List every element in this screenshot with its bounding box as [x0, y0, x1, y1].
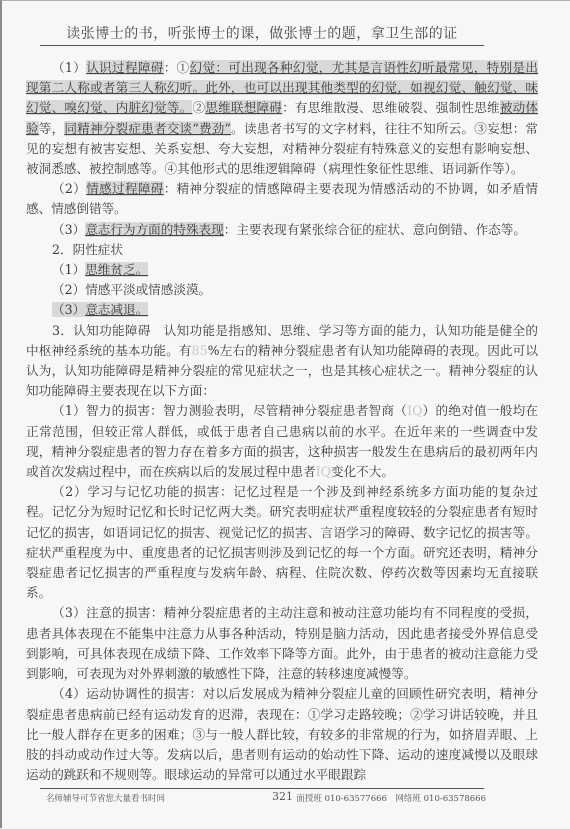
percent-value: 85	[192, 343, 208, 358]
text: ：有思维散漫、思维破裂、强制性思维	[282, 100, 500, 115]
footer-contact: 面授班 010-63577666 网络班 010-63578666	[296, 792, 486, 804]
negative-item-3: （3）意志减退。	[26, 300, 538, 320]
paragraph-intelligence: （1）智力的损害：智力测验表明，尽管精神分裂症患者智商（IQ）的绝对值一般均在正…	[26, 401, 538, 482]
negative-item-2: （2）情感平淡或情感淡漠。	[26, 280, 538, 300]
item-number: （3）	[52, 302, 85, 317]
iq-label: IQ	[316, 464, 331, 479]
negative-item-1: （1）思维贫乏。	[26, 260, 538, 280]
item-number: （2）	[52, 282, 85, 297]
paragraph-cognitive-process: （1）认识过程障碍：①幻觉：可出现各种幻觉，尤其是言语性幻听最常见，特别是出现第…	[26, 58, 538, 179]
highlight-term: 情感过程障碍	[86, 181, 164, 196]
marker: ①	[177, 60, 190, 75]
item-number: （1）	[52, 60, 86, 75]
item-number: （1）	[52, 262, 85, 277]
colon: ：	[164, 60, 177, 75]
text: （1）智力的损害：智力测验表明，尽管精神分裂症患者智商（	[52, 403, 407, 418]
text: 等，	[39, 121, 65, 136]
paragraph-emotion: （2）情感过程障碍：精神分裂症的情感障碍主要表现为情感活动的不协调，如矛盾情感、…	[26, 179, 538, 219]
header-divider	[40, 45, 484, 46]
iq-label: IQ	[407, 403, 422, 418]
paragraph-attention: （3）注意的损害：精神分裂症患者的主动注意和被动注意功能均有不同程度的受损，患者…	[26, 603, 538, 684]
footer-slogan: 名师辅导可节省您大量看书时间	[46, 792, 165, 804]
section-heading: 3．认知功能障碍	[52, 323, 151, 338]
text: ：主要表现有紧张综合征的症状、意向倒错、作态等。	[224, 222, 526, 237]
page-number: 321	[272, 790, 293, 803]
document-page: 读张博士的书，听张博士的课，做张博士的题，拿卫生部的证 （1）认识过程障碍：①幻…	[0, 0, 570, 828]
section-heading-negative: 2．阴性症状	[26, 240, 538, 260]
footer-divider	[40, 788, 484, 789]
highlight-difficult-talk: 同精神分裂症患者交谈“费劲”	[64, 121, 231, 136]
highlight-term: 认识过程障碍	[86, 60, 164, 75]
text: 情感平淡或情感淡漠。	[85, 282, 211, 297]
paragraph-memory: （2）学习与记忆功能的损害：记忆过程是一个涉及到神经系统多方面功能的复杂过程。记…	[26, 482, 538, 603]
item-number: （2）	[52, 181, 86, 196]
marker: ②	[192, 100, 205, 115]
paragraph-will: （3）意志行为方面的特殊表现：主要表现有紧张综合征的症状、意向倒错、作态等。	[26, 220, 538, 240]
text: 变化不大。	[331, 464, 394, 479]
highlight-text: 思维贫乏。	[85, 262, 148, 277]
item-number: （3）	[52, 222, 85, 237]
highlight-text: 意志减退。	[85, 302, 148, 317]
highlight-thought-term: 思维联想障碍	[205, 100, 282, 115]
paragraph-motor: （4）运动协调性的损害：对以后发展成为精神分裂症儿童的回顾性研究表明，精神分裂症…	[26, 684, 538, 785]
paragraph-cognitive-function: 3．认知功能障碍 认知功能是指感知、思维、学习等方面的能力，认知功能是健全的中枢…	[26, 321, 538, 402]
body-text: （1）认识过程障碍：①幻觉：可出现各种幻觉，尤其是言语性幻听最常见，特别是出现第…	[26, 58, 538, 785]
highlight-term: 意志行为方面的特殊表现	[85, 222, 224, 237]
page-footer: 名师辅导可节省您大量看书时间 321 面授班 010-63577666 网络班 …	[46, 791, 486, 805]
running-header: 读张博士的书，听张博士的课，做张博士的题，拿卫生部的证	[40, 23, 484, 43]
